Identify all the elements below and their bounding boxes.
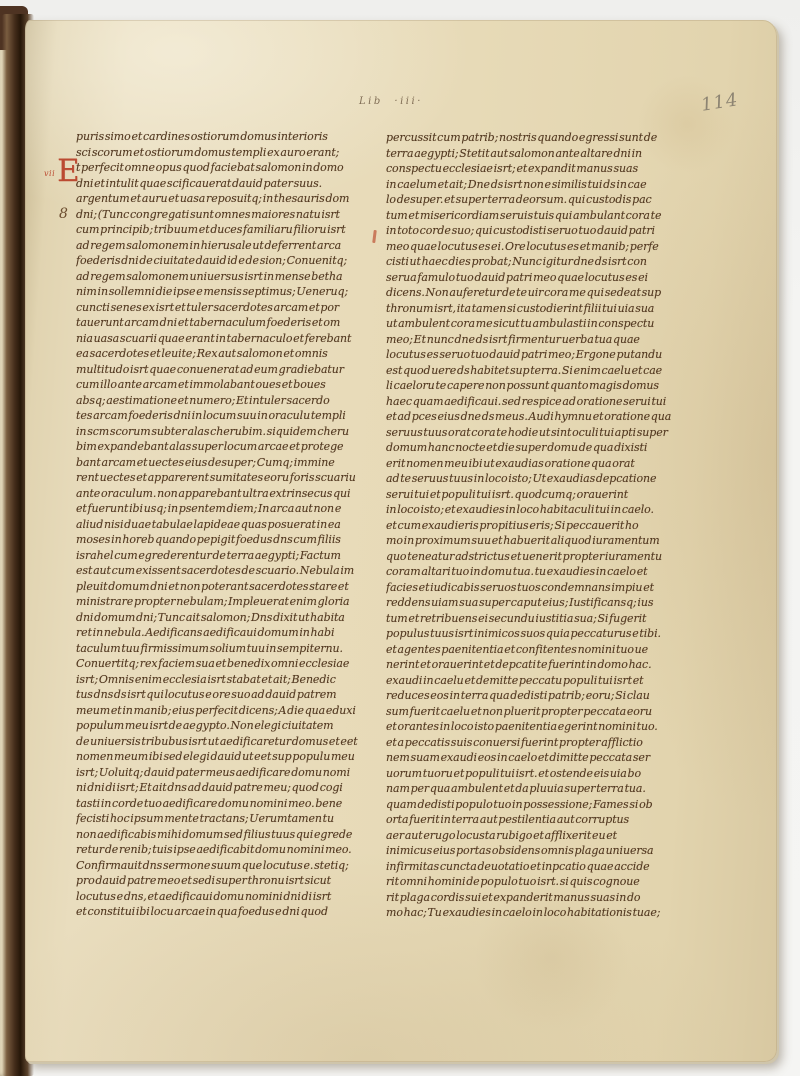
manuscript-line: nem suam exaudi eos in caelo et dimitte …	[386, 750, 716, 766]
manuscript-line: mo in proximum suu et habuerit aliquod i…	[386, 533, 716, 549]
manuscript-line: tauerunt arcam dni et tabernaculum foede…	[76, 315, 380, 331]
manuscript-line: infirmitas cuncta deuotatio et inpcatio …	[386, 859, 716, 875]
manuscript-line: nia uasa scuarii quae erant in tabernacu…	[76, 331, 380, 347]
manuscript-line: est quod uere ds habitet sup terra. Si e…	[386, 363, 716, 379]
manuscript-line: coram altari tuo in domu tua. tu exaudie…	[386, 564, 716, 580]
manuscript-line: haec quam aedificaui. sed respice ad ora…	[386, 394, 716, 410]
manuscript-line: aer aut erugo locusta rubigo et afflixer…	[386, 828, 716, 844]
manuscript-line: tus dns ds isrt qui locutus e ore suo ad…	[76, 687, 380, 703]
manuscript-line: t perfecit omne opus quod faciebat salom…	[76, 160, 380, 176]
manuscript-line: et cum exaudieris propitius eris; Si pec…	[386, 518, 716, 534]
parchment-page: Lib ·iii· 114 vii E 8 puris simo et card…	[25, 20, 777, 1062]
manuscript-line: orta fuerit in terra aut pestilentia aut…	[386, 812, 716, 828]
manuscript-line: rit plaga cordis sui et expanderit manus…	[386, 890, 716, 906]
manuscript-line: ad te seruus tuus in loco isto; Ut exaud…	[386, 471, 716, 487]
manuscript-line: tasti in corde tuo aedificare domu nomin…	[76, 796, 380, 812]
manuscript-line: Conuertitq; rex faciem sua et benedix om…	[76, 656, 380, 672]
manuscript-line: in caelum et ait; Dne ds isrt non e simi…	[386, 177, 716, 193]
manuscript-line: ad regem salomonem uniuersus isrt in men…	[76, 269, 380, 285]
manuscript-line: reduces eos in terra qua dedisti patrib;…	[386, 688, 716, 704]
manuscript-line: ministrare propter nebulam; Impleuerat e…	[76, 594, 380, 610]
manuscript-line: fecisti hoc ipsum mente tractans; Uerumt…	[76, 811, 380, 827]
manuscript-line: pro dauid patre meo et sedi super thronu…	[76, 873, 380, 889]
manuscript-line: locutus e dns, et aedificaui domu nomini…	[76, 889, 380, 905]
text-column-right: percussit cum patrib; nostris quando egr…	[386, 130, 716, 921]
manuscript-line: cuncti senes ex isrt et tuler sacerdotes…	[76, 300, 380, 316]
manuscript-line: quam dedisti populo tuo in possessione; …	[386, 797, 716, 813]
manuscript-line: terra aegypti; Stetit aut salomon ante a…	[386, 146, 716, 162]
manuscript-line: domum hanc nocte et die super domu de qu…	[386, 440, 716, 456]
manuscript-line: pleuit domum dni et non poterant sacerdo…	[76, 579, 380, 595]
manuscript-line: nomen meum ibi sed elegi dauid ut eet su…	[76, 749, 380, 765]
manuscript-line: et ad pces eius dne ds meus. Audi hymnu …	[386, 409, 716, 425]
manuscript-line: populus tuus isrt inimicos suos quia pec…	[386, 626, 716, 642]
chapter-number-red: vii	[44, 169, 55, 178]
manuscript-line: et orantes in loco isto paenitentia eger…	[386, 719, 716, 735]
manuscript-line: cum principib; tribuum et duces familiar…	[76, 222, 380, 238]
manuscript-line: meum et in manib; eius perfecit dicens; …	[76, 703, 380, 719]
manuscript-line: moses in horeb quando pepigit foedus dns…	[76, 532, 380, 548]
manuscript-photo: Lib ·iii· 114 vii E 8 puris simo et card…	[0, 0, 800, 1076]
manuscript-line: sum fuerit caelu et non pluerit propter …	[386, 704, 716, 720]
manuscript-line: ad regem salomonem in hierusale ut defer…	[76, 238, 380, 254]
manuscript-line: taculum tuu firmissimum solium tuu in se…	[76, 641, 380, 657]
manuscript-line: populum meu isrt de aegypto. Non elegi c…	[76, 718, 380, 734]
text-column-left: puris simo et cardines ostiorum domus in…	[76, 129, 380, 920]
manuscript-line: et agentes paenitentia et confitentes no…	[386, 642, 716, 658]
manuscript-line: dni et intulit quae scificauerat dauid p…	[76, 176, 380, 192]
manuscript-line: foederis dni de ciuitate dauid id e de s…	[76, 253, 380, 269]
manuscript-line: rit omni homini de populo tuo isrt. si q…	[386, 874, 716, 890]
manuscript-line: meo quae locutus es ei. Ore locutus es e…	[386, 239, 716, 255]
manuscript-line: ea sacerdotes et leuite; Rex aut salomon…	[76, 346, 380, 362]
manuscript-line: serua famulo tuo dauid patri meo quae lo…	[386, 270, 716, 286]
manuscript-line: retur de renib; tuis ipse aedificabit do…	[76, 842, 380, 858]
manuscript-line: rent uectes et apparerent sumitates eoru…	[76, 470, 380, 486]
running-title: Lib ·iii·	[359, 96, 423, 107]
manuscript-line: et constitui ibi locu arcae in qua foedu…	[76, 904, 380, 920]
manuscript-line: sci scorum et ostiorum domus templi ex a…	[76, 145, 380, 161]
manuscript-line: dicens. Non auferetur de te uir cora me …	[386, 285, 716, 301]
manuscript-line: absq; aestimatione et numero; Et intuler…	[76, 393, 380, 409]
manuscript-line: est aut cum exissent sacerdotes de scuar…	[76, 563, 380, 579]
manuscript-line: multitudo isrt quae conuenerat ad eum gr…	[76, 362, 380, 378]
manuscript-line: ante oraculum. non apparebant ultra extr…	[76, 486, 380, 502]
manuscript-line: cum illo ante arcam et immolabant oues e…	[76, 377, 380, 393]
folio-number: 114	[700, 89, 740, 116]
manuscript-line: tes arcam foederis dni in locum suu in o…	[76, 408, 380, 424]
manuscript-line: bant arcam et uectes eius desuper; Cumq;…	[76, 455, 380, 471]
manuscript-line: non aedificabis mihi domum sed filius tu…	[76, 827, 380, 843]
manuscript-line: exaudi in caelu et demitte peccatu popul…	[386, 673, 716, 689]
manuscript-line: in toto corde suo; qui custodisti seruo …	[386, 223, 716, 239]
manuscript-line: li caeloru te capere non possunt quanto …	[386, 378, 716, 394]
manuscript-line: et fuerunt ibi usq; in psentem diem; In …	[76, 501, 380, 517]
manuscript-line: aliud nisi duae tabulae lapideae quas po…	[76, 517, 380, 533]
manuscript-line: inimicus eius portas obsidens omnis plag…	[386, 843, 716, 859]
chapter-number-brown: 8	[59, 206, 68, 222]
manuscript-line: tum et retribuens ei secundu iustitia su…	[386, 611, 716, 627]
manuscript-line: ut ambulent cora me sicut tu ambulasti i…	[386, 316, 716, 332]
manuscript-line: uorum tuoru et populi tui isrt. et osten…	[386, 766, 716, 782]
manuscript-line: in scm scorum subter alas cherubim. siqu…	[76, 424, 380, 440]
manuscript-line: israhel cum egrederentur de terra aegypt…	[76, 548, 380, 564]
manuscript-line: isrt; Uoluitq; dauid pater meus aedifica…	[76, 765, 380, 781]
manuscript-line: bim expandebant alas super locum arcae e…	[76, 439, 380, 455]
manuscript-line: mo hac; Tu exaudies in caelo in loco hab…	[386, 905, 716, 921]
manuscript-line: argentum et auru et uasa reposuitq; in t…	[76, 191, 380, 207]
manuscript-line: conspectu ecclesiae isrt; et expandit ma…	[386, 161, 716, 177]
manuscript-line: lo desuper. et super terra deorsum. qui …	[386, 192, 716, 208]
manuscript-line: dni; (Tunc congregati sunt omnes maiores…	[76, 207, 380, 223]
manuscript-line: seruus tuus orat cora te hodie ut sint o…	[386, 425, 716, 441]
manuscript-line: puris simo et cardines ostiorum domus in…	[76, 129, 380, 145]
manuscript-line: et a peccatis suis conuersi fuerint prop…	[386, 735, 716, 751]
manuscript-line: nerint et orauerint et depcati te fuerin…	[386, 657, 716, 673]
manuscript-line: tum et misericordiam seruis tuis qui amb…	[386, 208, 716, 224]
manuscript-line: in loco isto; et exaudies in loco habita…	[386, 502, 716, 518]
manuscript-line: nam per qua ambulent et da pluuia super …	[386, 781, 716, 797]
manuscript-line: quo teneatur adstrictus et uenerit propt…	[386, 549, 716, 565]
manuscript-line: serui tui et populi tui isrt. quodcumq; …	[386, 487, 716, 503]
manuscript-line: dni domum dni; Tunc ait salomon; Dns dix…	[76, 610, 380, 626]
manuscript-line: locutus es seruo tuo dauid patri meo; Er…	[386, 347, 716, 363]
manuscript-line: ret in nebula. Aedificans aedificaui dom…	[76, 625, 380, 641]
manuscript-line: reddens uiam sua super caput eius; Iusti…	[386, 595, 716, 611]
manuscript-line: de uniuersis tribubus isrt ut aedificare…	[76, 734, 380, 750]
manuscript-line: nim in sollemni die ipse e mensis septim…	[76, 284, 380, 300]
manuscript-line: cisti ut haec dies probat; Nunc igitur d…	[386, 254, 716, 270]
manuscript-line: thronum isrt, ita tamen si custodierint …	[386, 301, 716, 317]
manuscript-line: isrt; Omnis enim ecclesia isrt stabat et…	[76, 672, 380, 688]
manuscript-line: Confirmauit dns sermone suum que locutus…	[76, 858, 380, 874]
manuscript-line: percussit cum patrib; nostris quando egr…	[386, 130, 716, 146]
manuscript-line: facies et iudicabis seruos tuos condemna…	[386, 580, 716, 596]
manuscript-line: ni dni di isrt; Et ait dns ad dauid patr…	[76, 780, 380, 796]
manuscript-line: erit nomen meu ibi ut exaudias oratione …	[386, 456, 716, 472]
manuscript-line: meo; Et nunc dne ds isrt firmentur uerba…	[386, 332, 716, 348]
